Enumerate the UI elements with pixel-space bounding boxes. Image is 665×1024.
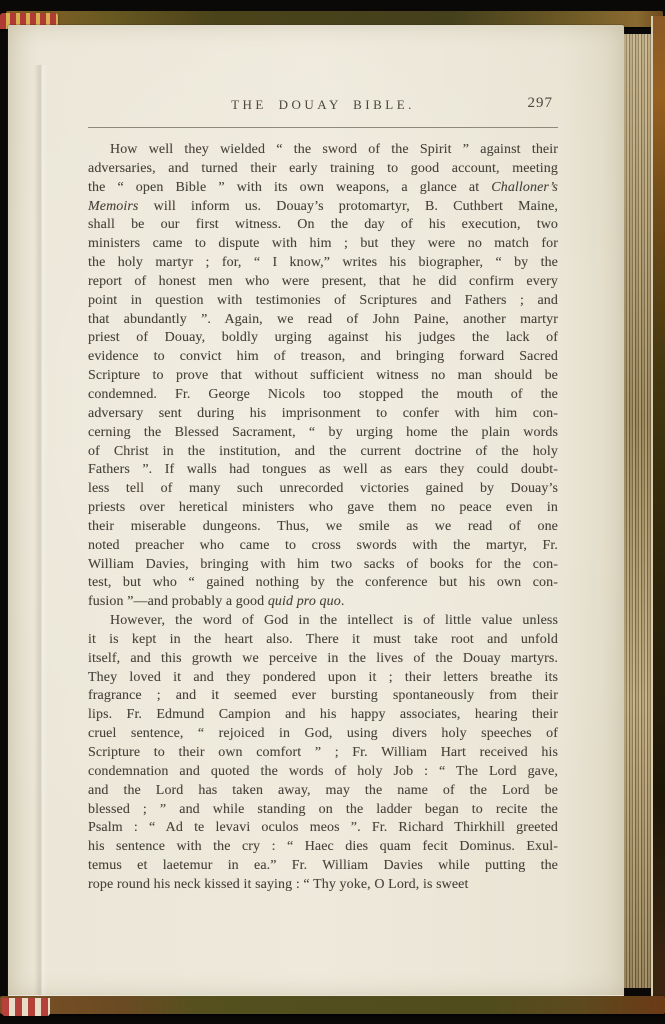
- text-line: Scripture to prove that without sufficie…: [88, 367, 558, 386]
- text-line: temus et laetemur in ea.” Fr. William Da…: [88, 857, 558, 876]
- page-edge-stack: [624, 34, 652, 988]
- text-line: rope round his neck kissed it saying : “…: [88, 876, 558, 895]
- text-line: less tell of many such unrecorded victor…: [88, 480, 558, 499]
- text-line: his sentence with the cry : “ Haec dies …: [88, 838, 558, 857]
- text-line: and the Lord has taken away, may the nam…: [88, 782, 558, 801]
- text-line: lips. Fr. Edmund Campion and his happy a…: [88, 706, 558, 725]
- text-line: blessed ; ” and while standing on the la…: [88, 801, 558, 820]
- text-line: it is kept in the heart also. There it m…: [88, 631, 558, 650]
- text-line: priests over heretical ministers who gav…: [88, 499, 558, 518]
- printed-text: THE DOUAY BIBLE. 297 How well they wield…: [88, 97, 558, 895]
- page-number: 297: [528, 95, 554, 112]
- text-line: fusion ”—and probably a good quid pro qu…: [88, 593, 558, 612]
- text-line: test, but who “ gained nothing by the co…: [88, 574, 558, 593]
- text-line: cerning the Blessed Sacrament, “ by urgi…: [88, 424, 558, 443]
- body-text: How well they wielded “ the sword of the…: [88, 141, 558, 895]
- text-line: noted preacher who came to cross swords …: [88, 537, 558, 556]
- text-line: Psalm : “ Ad te levavi oculos meos ”. Fr…: [88, 819, 558, 838]
- paragraph: How well they wielded “ the sword of the…: [88, 141, 558, 612]
- headband-bottom: [2, 998, 50, 1016]
- text-line: point in question with testimonies of Sc…: [88, 292, 558, 311]
- text-line: their miserable dungeons. Thus, we smile…: [88, 518, 558, 537]
- text-line: the “ open Bible ” with its own weapons,…: [88, 179, 558, 198]
- text-line: adversaries, and turned their early trai…: [88, 160, 558, 179]
- text-line: How well they wielded “ the sword of the…: [88, 141, 558, 160]
- text-line: However, the word of God in the intellec…: [88, 612, 558, 631]
- book-cover-right: [651, 16, 665, 1010]
- header-rule: [88, 127, 558, 128]
- text-line: itself, and this growth we perceive in t…: [88, 650, 558, 669]
- text-line: Scripture to their own comfort ” ; Fr. W…: [88, 744, 558, 763]
- book-scan: THE DOUAY BIBLE. 297 How well they wield…: [0, 0, 665, 1024]
- page-header: THE DOUAY BIBLE. 297: [88, 97, 558, 113]
- text-line: adversary sent during his imprisonment t…: [88, 405, 558, 424]
- text-line: condemnation and quoted the words of hol…: [88, 763, 558, 782]
- text-line: ministers came to dispute with him ; but…: [88, 235, 558, 254]
- text-line: the holy martyr ; for, “ I know,” writes…: [88, 254, 558, 273]
- running-title: THE DOUAY BIBLE.: [88, 97, 558, 113]
- text-line: cruel sentence, “ rejoiced in God, using…: [88, 725, 558, 744]
- gutter-crease: [34, 65, 48, 995]
- text-line: Fathers ”. If walls had tongues as well …: [88, 461, 558, 480]
- paragraph: However, the word of God in the intellec…: [88, 612, 558, 895]
- book-bottom-edge: [0, 996, 665, 1014]
- text-line: priest of Douay, boldly urging against h…: [88, 329, 558, 348]
- text-line: report of honest men who were present, t…: [88, 273, 558, 292]
- text-line: that abundantly ”. Again, we read of Joh…: [88, 311, 558, 330]
- text-line: They loved it and they pondered upon it …: [88, 669, 558, 688]
- text-line: fragrance ; and it seemed ever bursting …: [88, 687, 558, 706]
- text-line: shall be our first witness. On the day o…: [88, 216, 558, 235]
- text-line: evidence to convict him of treason, and …: [88, 348, 558, 367]
- text-line: William Davies, bringing with him two sa…: [88, 556, 558, 575]
- text-line: of Christ in the institution, and the cu…: [88, 443, 558, 462]
- text-line: condemned. Fr. George Nicols too stopped…: [88, 386, 558, 405]
- text-line: Memoirs will inform us. Douay’s protomar…: [88, 198, 558, 217]
